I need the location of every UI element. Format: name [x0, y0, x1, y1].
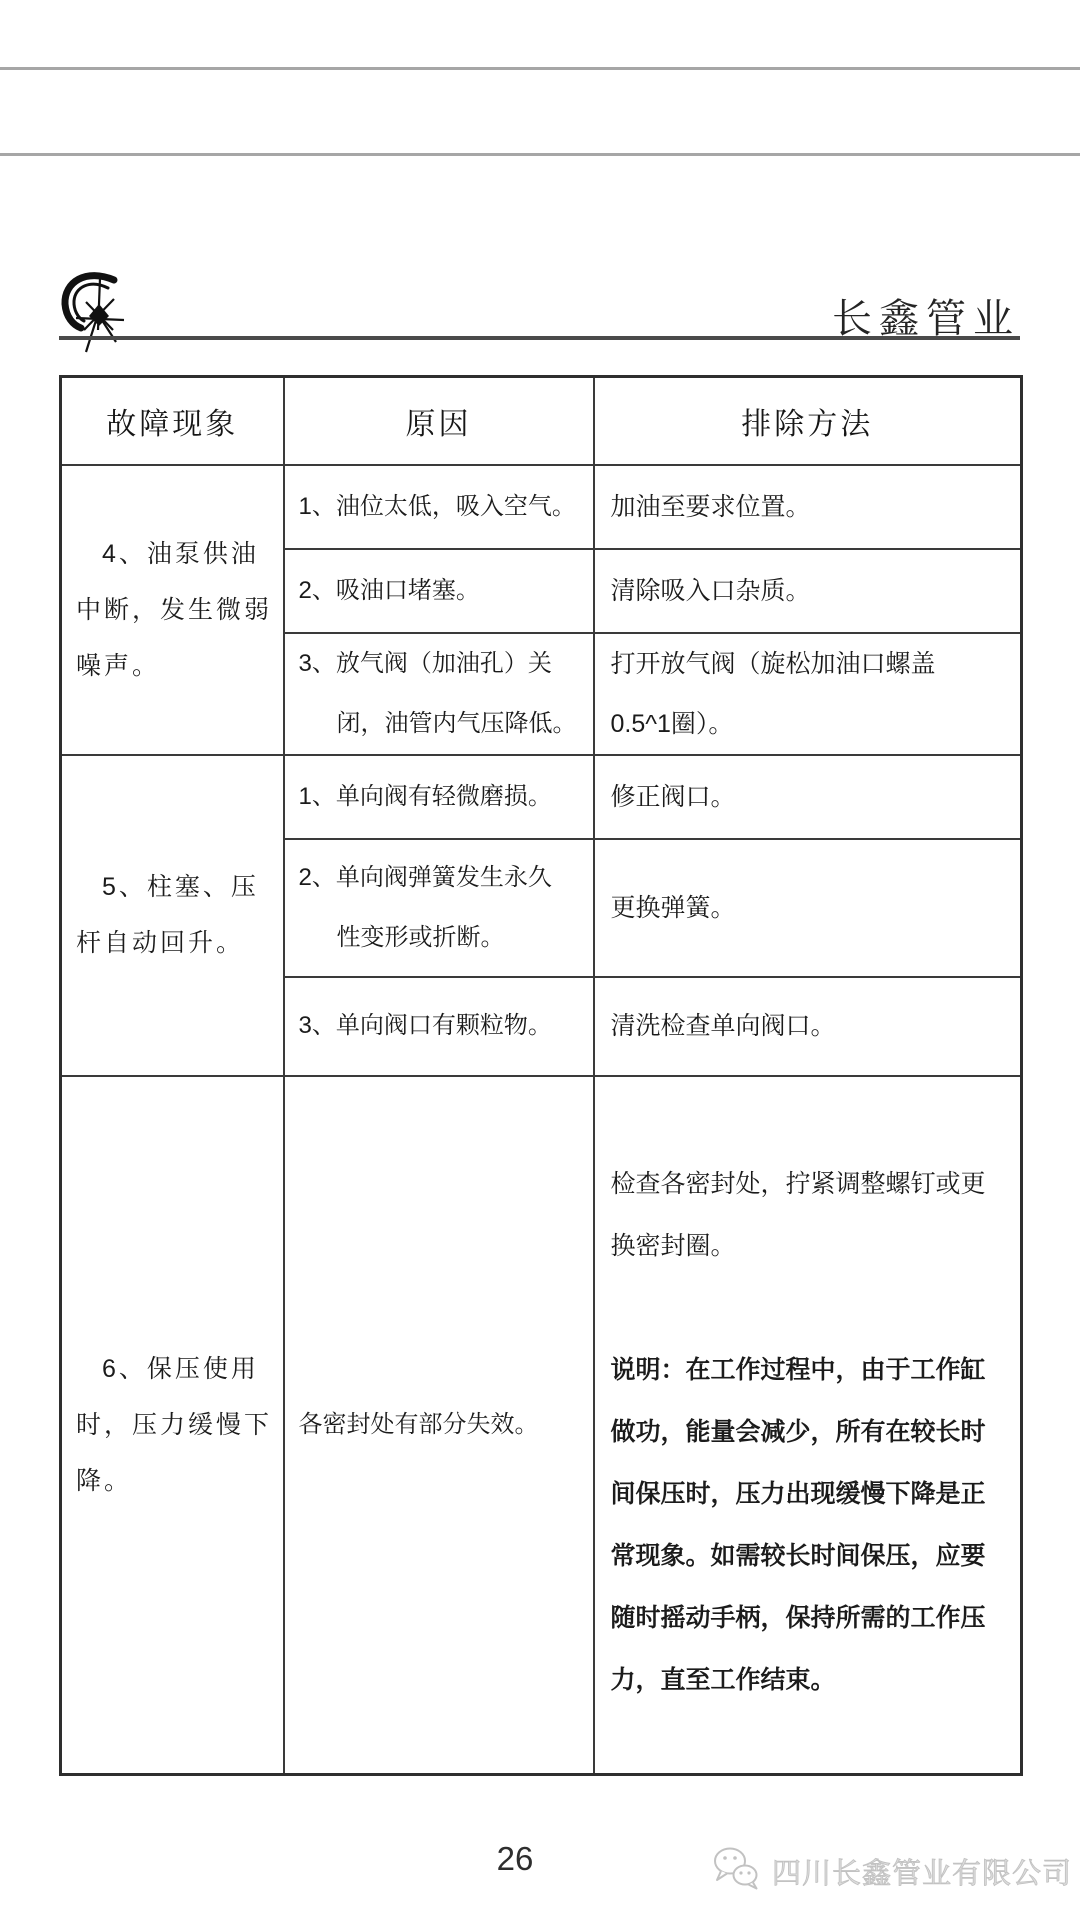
cause-cell: 1、单向阀有轻微磨损。 [284, 755, 594, 839]
remedy-note-text: 说明：在工作过程中，由于工作缸 做功，能量会减少，所有在较长时 间保压时，压力出… [611, 1339, 997, 1711]
remedy-cell: 清除吸入口杂质。 [594, 549, 1022, 633]
remedy-cell: 清洗检查单向阀口。 [594, 977, 1022, 1076]
top-divider-line-2 [0, 153, 1080, 156]
remedy-cell: 更换弹簧。 [594, 839, 1022, 977]
phenomenon-cell-5: 5、柱塞、压杆自动回升。 [61, 755, 284, 1076]
remedy-cell: 加油至要求位置。 [594, 465, 1022, 549]
cause-cell: 2、单向阀弹簧发生永久 性变形或折断。 [284, 839, 594, 977]
header-underline [59, 336, 1020, 340]
page-number: 26 [455, 1840, 575, 1878]
watermark-company-name: 四川长鑫管业有限公司 [772, 1851, 1072, 1892]
manual-page: 长鑫管业 故障现象 原因 排除方法 4、油泵供油中断，发生微弱噪声。 1、油位太… [0, 0, 1080, 1920]
company-watermark: 四川长鑫管业有限公司 [712, 1846, 1072, 1897]
column-header-remedy: 排除方法 [594, 377, 1022, 465]
remedy-cell: 打开放气阀（旋松加油口螺盖 0.5^1圈）。 [594, 633, 1022, 755]
column-header-cause: 原因 [284, 377, 594, 465]
troubleshooting-table: 故障现象 原因 排除方法 4、油泵供油中断，发生微弱噪声。 1、油位太低，吸入空… [59, 375, 1023, 1776]
wechat-bubbles-icon [712, 1846, 762, 1897]
cause-cell: 3、放气阀（加油孔）关 闭，油管内气压降低。 [284, 633, 594, 755]
cause-cell: 1、油位太低，吸入空气。 [284, 465, 594, 549]
cause-cell: 各密封处有部分失效。 [284, 1076, 594, 1775]
top-divider-line-1 [0, 67, 1080, 70]
cause-cell: 3、单向阀口有颗粒物。 [284, 977, 594, 1076]
remedy-cell: 修正阀口。 [594, 755, 1022, 839]
cause-cell: 2、吸油口堵塞。 [284, 549, 594, 633]
remedy-text: 检查各密封处，拧紧调整螺钉或更 换密封圈。 [611, 1153, 997, 1277]
remedy-cell: 检查各密封处，拧紧调整螺钉或更 换密封圈。 说明：在工作过程中，由于工作缸 做功… [594, 1076, 1022, 1775]
phenomenon-cell-4: 4、油泵供油中断，发生微弱噪声。 [61, 465, 284, 755]
table-header-row: 故障现象 原因 排除方法 [61, 377, 1022, 465]
table-row: 5、柱塞、压杆自动回升。 1、单向阀有轻微磨损。 修正阀口。 [61, 755, 1022, 839]
table-row: 6、保压使用时，压力缓慢下降。 各密封处有部分失效。 检查各密封处，拧紧调整螺钉… [61, 1076, 1022, 1775]
column-header-phenomenon: 故障现象 [61, 377, 284, 465]
table-row: 4、油泵供油中断，发生微弱噪声。 1、油位太低，吸入空气。 加油至要求位置。 [61, 465, 1022, 549]
comet-star-logo-icon [56, 268, 132, 361]
phenomenon-cell-6: 6、保压使用时，压力缓慢下降。 [61, 1076, 284, 1775]
